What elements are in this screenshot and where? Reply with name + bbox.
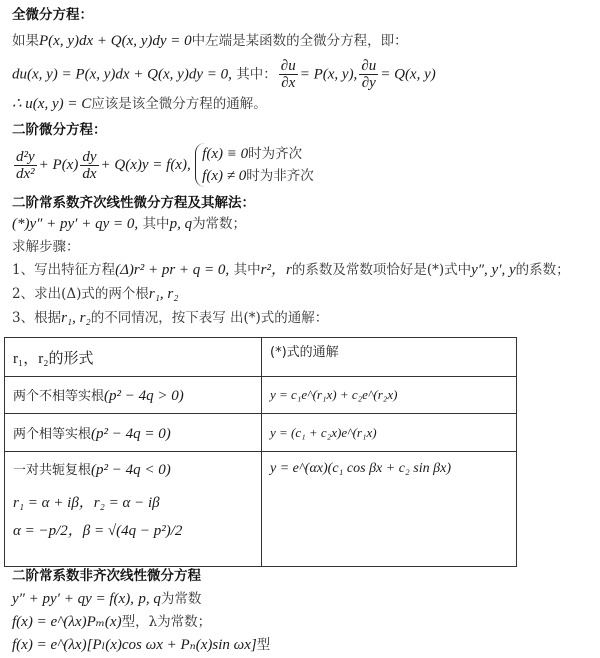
denominator: ∂x xyxy=(279,75,298,91)
table-cell-case: 两个不相等实根(p² − 4q > 0) xyxy=(5,377,262,414)
numerator: d²y xyxy=(14,149,37,166)
math-expr: f(x) = e^(λx)Pₘ(x) xyxy=(12,614,122,630)
table-cell-solution: y = e^(αx)(c₁ cos βx + c₂ sin βx) xyxy=(262,452,517,567)
second-order-equation: d²ydx²+ P(x)dydx+ Q(x)y = f(x), f(x) ≡ 0… xyxy=(12,143,314,187)
case-label: 一对共轭复根 xyxy=(13,463,91,478)
complex-roots: r₁ = α + iβ，r₂ = α − iβ xyxy=(13,493,253,513)
table-row: 两个相等实根(p² − 4q = 0) y = (c₁ + c₂x)e^(r₁x… xyxy=(5,414,517,452)
cases-brace: f(x) ≡ 0时为齐次 f(x) ≠ 0时为非齐次 xyxy=(195,143,314,187)
exact-condition-line: du(x, y) = P(x, y)dx + Q(x, y)dy = 0, 其中… xyxy=(12,58,436,91)
text: 的系数； xyxy=(516,262,570,278)
nonhomogeneous-equation: y″ + py′ + qy = f(x), p, q为常数 xyxy=(12,590,201,608)
table-header-cell: (*)式的通解 xyxy=(262,338,517,377)
text: 3、根据 xyxy=(12,310,61,326)
fraction-du-dx: ∂u∂x xyxy=(279,58,298,91)
math-expr: y″, y′, y xyxy=(471,262,516,278)
math-expr: = Q(x, y) xyxy=(380,67,436,83)
exact-definition-line: 如果P(x, y)dx + Q(x, y)dy = 0中左端是某函数的全微分方程… xyxy=(12,32,408,50)
case-nonhomogeneous: f(x) ≠ 0时为非齐次 xyxy=(202,165,314,187)
fraction-d2y-dx2: d²ydx² xyxy=(14,149,37,182)
alpha-beta-def: α = −p/2，β = √(4q − p²)/2 xyxy=(13,521,253,541)
math-expr: r₁, r₂ xyxy=(61,310,91,326)
math-expr: r²，r xyxy=(261,262,292,278)
table-header-row: r₁，r₂的形式 (*)式的通解 xyxy=(5,338,517,377)
math-expr: y″ + py′ + qy = f(x), xyxy=(12,591,134,607)
math-expr: r₁, r₂ xyxy=(149,286,179,302)
math-expr: (Δ)r² + pr + q = 0, xyxy=(115,262,229,278)
solution-table: r₁，r₂的形式 (*)式的通解 两个不相等实根(p² − 4q > 0) y … xyxy=(4,337,517,567)
table-header-cell: r₁，r₂的形式 xyxy=(5,338,262,377)
condition: (p² − 4q < 0) xyxy=(91,462,171,478)
math-expr: = P(x, y), xyxy=(300,67,358,83)
text: 为常数； xyxy=(192,216,246,232)
table-row: 一对共轭复根(p² − 4q < 0) r₁ = α + iβ，r₂ = α −… xyxy=(5,452,517,567)
solution-expr: y = (c₁ + c₂x)e^(r₁x) xyxy=(270,425,377,440)
solution-expr: y = e^(αx)(c₁ cos βx + c₂ sin βx) xyxy=(270,461,451,476)
math-expr: ∴ u(x, y) = C xyxy=(12,96,91,112)
text: 型，λ为常数； xyxy=(122,614,212,630)
steps-label: 求解步骤： xyxy=(12,238,80,256)
header-roots-form: r₁，r₂的形式 xyxy=(13,351,93,367)
text: 其中： xyxy=(236,67,277,83)
text: 的系数及常数项恰好是(*)式中 xyxy=(292,262,471,278)
section-title-nonhomogeneous: 二阶常系数非齐次线性微分方程 xyxy=(12,567,201,585)
step-3: 3、根据r₁, r₂的不同情况，按下表写 出(*)式的通解： xyxy=(12,309,328,327)
denominator: dx² xyxy=(14,166,37,182)
text: 2、求出(Δ)式的两个根 xyxy=(12,286,149,302)
table-cell-case: 两个相等实根(p² − 4q = 0) xyxy=(5,414,262,452)
condition: (p² − 4q = 0) xyxy=(91,426,171,442)
text: 如果 xyxy=(12,33,39,49)
section-title-homogeneous: 二阶常系数齐次线性微分方程及其解法： xyxy=(12,194,255,212)
section-title-exact: 全微分方程： xyxy=(12,6,93,24)
math-expr: f(x) ≠ 0 xyxy=(202,168,246,184)
step-2: 2、求出(Δ)式的两个根r₁, r₂ xyxy=(12,285,178,303)
solution-expr: y = c₁e^(r₁x) + c₂e^(r₂x) xyxy=(270,387,397,402)
math-expr: + Q(x)y = f(x), xyxy=(101,157,191,173)
case-label: 两个相等实根 xyxy=(13,427,91,442)
math-expr: P(x, y)dx + Q(x, y)dy = 0 xyxy=(39,33,192,49)
numerator: dy xyxy=(80,149,98,166)
text: 型 xyxy=(257,637,271,653)
text: 其中 xyxy=(234,262,261,278)
denominator: ∂y xyxy=(359,75,378,91)
math-expr: f(x) ≡ 0 xyxy=(202,146,248,162)
table-cell-case: 一对共轭复根(p² − 4q < 0) r₁ = α + iβ，r₂ = α −… xyxy=(5,452,262,567)
fraction-dy-dx: dydx xyxy=(80,149,98,182)
numerator: ∂u xyxy=(279,58,298,75)
text: 1、写出特征方程 xyxy=(12,262,115,278)
math-expr: du(x, y) = P(x, y)dx + Q(x, y)dy = 0, xyxy=(12,67,232,83)
text: 时为齐次 xyxy=(248,146,302,162)
numerator: ∂u xyxy=(359,58,378,75)
nonhomogeneous-type-2: f(x) = e^(λx)[Pₗ(x)cos ωx + Pₙ(x)sin ωx]… xyxy=(12,636,270,654)
case-label: 两个不相等实根 xyxy=(13,389,104,404)
header-general-solution: (*)式的通解 xyxy=(270,345,339,360)
text: 中左端是某函数的全微分方程，即： xyxy=(192,33,408,49)
text: 时为非齐次 xyxy=(246,168,314,184)
table-cell-solution: y = (c₁ + c₂x)e^(r₁x) xyxy=(262,414,517,452)
math-expr: + P(x) xyxy=(39,157,79,173)
complex-case-line: 一对共轭复根(p² − 4q < 0) xyxy=(13,460,253,481)
homogeneous-equation: (*)y″ + py′ + qy = 0, 其中p, q为常数； xyxy=(12,215,246,233)
math-expr: (*)y″ + py′ + qy = 0, xyxy=(12,216,138,232)
table-cell-solution: y = c₁e^(r₁x) + c₂e^(r₂x) xyxy=(262,377,517,414)
case-homogeneous: f(x) ≡ 0时为齐次 xyxy=(202,143,314,165)
nonhomogeneous-type-1: f(x) = e^(λx)Pₘ(x)型，λ为常数； xyxy=(12,613,211,631)
step-1: 1、写出特征方程(Δ)r² + pr + q = 0, 其中r²，r的系数及常数… xyxy=(12,261,570,279)
table-row: 两个不相等实根(p² − 4q > 0) y = c₁e^(r₁x) + c₂e… xyxy=(5,377,517,414)
text: 的不同情况，按下表写 出(*)式的通解： xyxy=(91,310,329,326)
text: 其中 xyxy=(143,216,170,232)
condition: (p² − 4q > 0) xyxy=(104,388,184,404)
exact-solution-line: ∴ u(x, y) = C应该是该全微分方程的通解。 xyxy=(12,95,267,113)
math-expr: p, q xyxy=(138,591,161,607)
fraction-du-dy: ∂u∂y xyxy=(359,58,378,91)
section-title-second-order: 二阶微分方程： xyxy=(12,121,107,139)
text: 为常数 xyxy=(161,591,202,607)
denominator: dx xyxy=(80,166,98,182)
math-expr: p, q xyxy=(170,216,193,232)
text: 应该是该全微分方程的通解。 xyxy=(91,96,267,112)
math-expr: f(x) = e^(λx)[Pₗ(x)cos ωx + Pₙ(x)sin ωx] xyxy=(12,637,257,653)
